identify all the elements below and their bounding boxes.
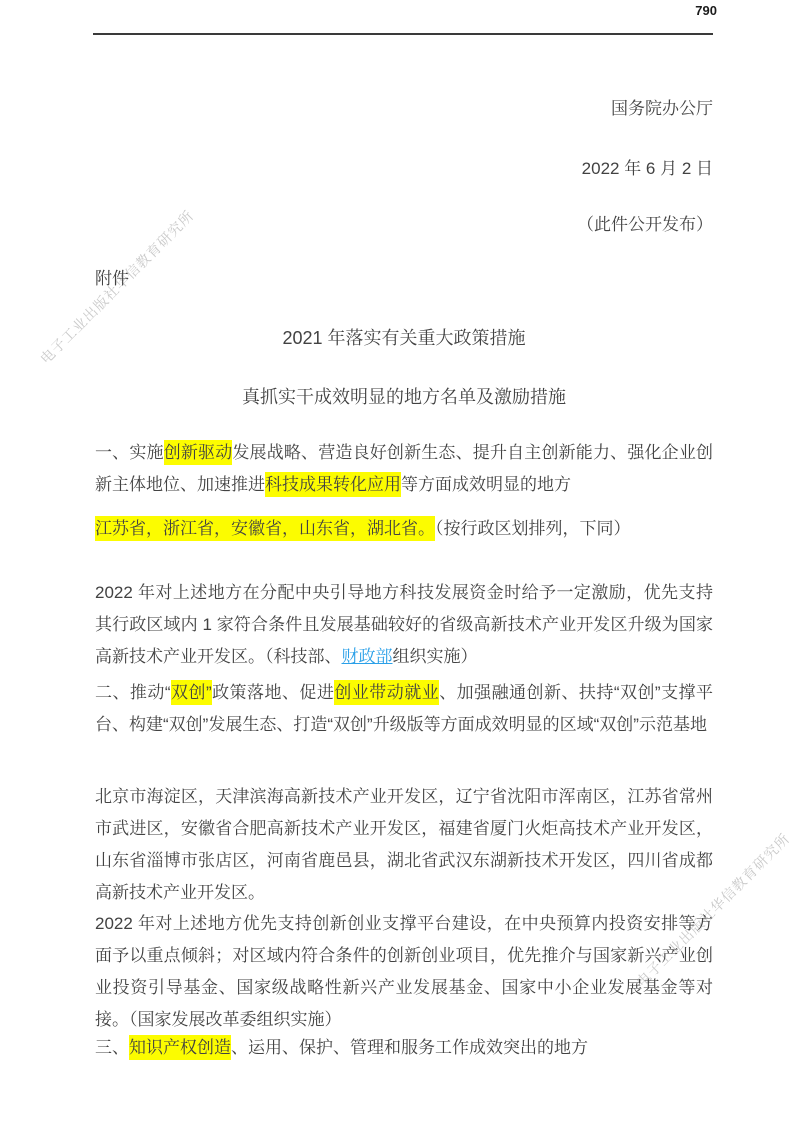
- section-2-incentive: 2022 年对上述地方优先支持创新创业支撑平台建设，在中央预算内投资安排等方面予…: [95, 908, 713, 1036]
- document-subtitle: 真抓实干成效明显的地方名单及激励措施: [95, 381, 713, 413]
- section-1-winners: 江苏省，浙江省，安徽省，山东省，湖北省。（按行政区划排列，下同）: [95, 513, 713, 545]
- text-run: 一、实施: [95, 443, 164, 462]
- issuer-line: 国务院办公厅: [95, 93, 713, 125]
- section-3-heading: 三、知识产权创造、运用、保护、管理和服务工作成效突出的地方: [95, 1032, 713, 1064]
- text-run: 组织实施）: [393, 647, 478, 666]
- text-run: 等方面成效明显的地方: [401, 475, 571, 494]
- highlighted-text: 江苏省，浙江省，安徽省，山东省，湖北省。: [95, 516, 435, 541]
- highlighted-text: 创业带动就业: [334, 680, 439, 705]
- highlighted-text: 创新驱动: [164, 440, 233, 465]
- text-run: 二、推动“: [95, 683, 171, 702]
- text-run: 、运用、保护、管理和服务工作成效突出的地方: [231, 1038, 588, 1057]
- header-rule: [93, 33, 713, 35]
- document-page: 790 电子工业出版社华信教育研究所 电子工业出版社华信教育研究所 国务院办公厅…: [0, 0, 793, 1122]
- document-title: 2021 年落实有关重大政策措施: [95, 322, 713, 354]
- section-1-incentive: 2022 年对上述地方在分配中央引导地方科技发展资金时给予一定激励，优先支持其行…: [95, 577, 713, 673]
- page-number: 790: [695, 3, 717, 18]
- attachment-label: 附件: [95, 263, 713, 295]
- text-run: 政策落地、促进: [212, 683, 335, 702]
- inline-link[interactable]: 财政部: [342, 647, 393, 666]
- text-run: 北京市海淀区，天津滨海高新技术产业开发区，辽宁省沈阳市浑南区，江苏省常州市武进区…: [95, 787, 713, 902]
- text-run: （按行政区划排列，下同）: [435, 519, 631, 538]
- section-1-heading: 一、实施创新驱动发展战略、营造良好创新生态、提升自主创新能力、强化企业创新主体地…: [95, 437, 713, 501]
- public-release-note: （此件公开发布）: [95, 209, 713, 241]
- text-run: 2022 年对上述地方优先支持创新创业支撑平台建设，在中央预算内投资安排等方面予…: [95, 914, 713, 1029]
- highlighted-text: 双创”: [171, 680, 212, 705]
- date-line: 2022 年 6 月 2 日: [95, 153, 713, 185]
- section-2-heading: 二、推动“双创”政策落地、促进创业带动就业、加强融通创新、扶持“双创”支撑平台、…: [95, 677, 713, 741]
- section-2-winners: 北京市海淀区，天津滨海高新技术产业开发区，辽宁省沈阳市浑南区，江苏省常州市武进区…: [95, 781, 713, 909]
- text-run: 三、: [95, 1038, 129, 1057]
- highlighted-text: 知识产权创造: [129, 1035, 231, 1060]
- highlighted-text: 科技成果转化应用: [265, 472, 401, 497]
